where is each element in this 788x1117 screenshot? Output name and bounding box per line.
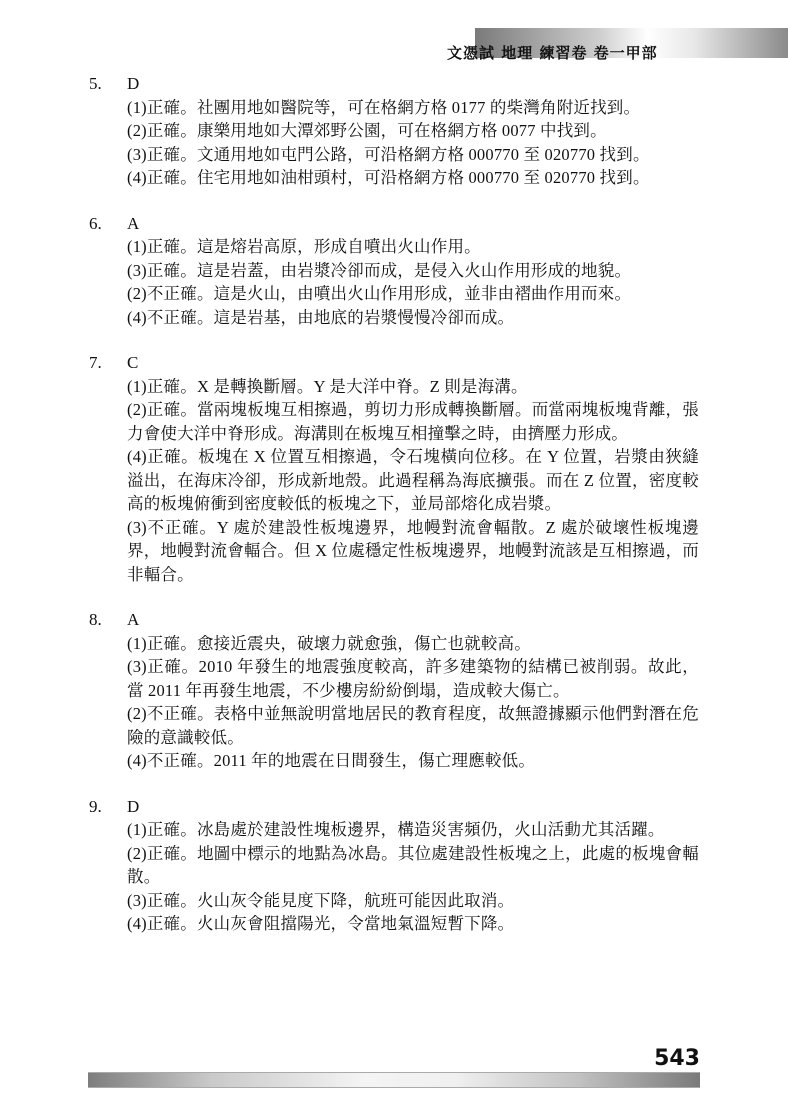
explanation-line: (3)正確。文通用地如屯門公路，可沿格網方格 000770 至 020770 找…: [127, 143, 699, 167]
question-number: 9.: [89, 795, 102, 819]
explanation-line: (4)正確。板塊在 X 位置互相擦過，令石塊橫向位移。在 Y 位置，岩漿由狹縫溢…: [127, 445, 699, 516]
explanation-line: (2)正確。康樂用地如大潭郊野公園，可在格網方格 0077 中找到。: [127, 119, 699, 143]
question-number: 8.: [89, 608, 102, 632]
question-number: 7.: [89, 351, 102, 375]
question-5: 5. D (1)正確。社團用地如醫院等，可在格網方格 0177 的柴灣角附近找到…: [0, 72, 788, 190]
question-number: 5.: [89, 72, 102, 96]
page-number: 543: [640, 1046, 700, 1071]
explanation-line: (2)不正確。表格中並無說明當地居民的教育程度，故無證據顯示他們對潛在危險的意識…: [127, 702, 699, 749]
question-number: 6.: [89, 212, 102, 236]
answer-letter: D: [127, 72, 139, 96]
explanation-line: (4)不正確。這是岩基，由地底的岩漿慢慢冷卻而成。: [127, 306, 699, 330]
footer-decorative-bar: [88, 1072, 700, 1088]
explanation-line: (4)不正確。2011 年的地震在日間發生，傷亡理應較低。: [127, 749, 699, 773]
answer-letter: C: [127, 351, 138, 375]
question-9: 9. D (1)正確。冰島處於建設性塊板邊界，構造災害頻仍，火山活動尤其活躍。 …: [0, 795, 788, 936]
question-6: 6. A (1)正確。這是熔岩高原，形成自噴出火山作用。 (3)正確。這是岩蓋，…: [0, 212, 788, 330]
explanation-line: (1)正確。冰島處於建設性塊板邊界，構造災害頻仍，火山活動尤其活躍。: [127, 818, 699, 842]
question-7: 7. C (1)正確。X 是轉換斷層。Y 是大洋中脊。Z 則是海溝。 (2)正確…: [0, 351, 788, 586]
explanation-line: (4)正確。住宅用地如油柑頭村，可沿格網方格 000770 至 020770 找…: [127, 166, 699, 190]
answer-list: 5. D (1)正確。社團用地如醫院等，可在格網方格 0177 的柴灣角附近找到…: [0, 72, 788, 958]
running-header-title: 文憑試 地理 練習卷 卷一甲部: [447, 42, 702, 63]
explanation-line: (2)正確。地圖中標示的地點為冰島。其位處建設性板塊之上，此處的板塊會輻散。: [127, 842, 699, 889]
explanation-line: (1)正確。X 是轉換斷層。Y 是大洋中脊。Z 則是海溝。: [127, 375, 699, 399]
explanation-line: (3)正確。火山灰令能見度下降，航班可能因此取消。: [127, 889, 699, 913]
explanation-line: (1)正確。愈接近震央，破壞力就愈強，傷亡也就較高。: [127, 632, 699, 656]
explanation-line: (4)正確。火山灰會阻擋陽光，令當地氣溫短暫下降。: [127, 912, 699, 936]
explanation-line: (1)正確。這是熔岩高原，形成自噴出火山作用。: [127, 235, 699, 259]
explanation-line: (2)不正確。這是火山，由噴出火山作用形成，並非由褶曲作用而來。: [127, 282, 699, 306]
question-8: 8. A (1)正確。愈接近震央，破壞力就愈強，傷亡也就較高。 (3)正確。20…: [0, 608, 788, 773]
answer-letter: A: [127, 212, 139, 236]
explanation-line: (3)正確。2010 年發生的地震強度較高，許多建築物的結構已被削弱。故此，當 …: [127, 655, 699, 702]
answer-letter: A: [127, 608, 139, 632]
explanation-line: (1)正確。社團用地如醫院等，可在格網方格 0177 的柴灣角附近找到。: [127, 96, 699, 120]
explanation-line: (2)正確。當兩塊板塊互相擦過，剪切力形成轉換斷層。而當兩塊板塊背離，張力會使大…: [127, 398, 699, 445]
explanation-line: (3)正確。這是岩蓋，由岩漿冷卻而成，是侵入火山作用形成的地貌。: [127, 259, 699, 283]
answer-letter: D: [127, 795, 139, 819]
explanation-line: (3)不正確。Y 處於建設性板塊邊界，地幔對流會輻散。Z 處於破壞性板塊邊界，地…: [127, 516, 699, 587]
